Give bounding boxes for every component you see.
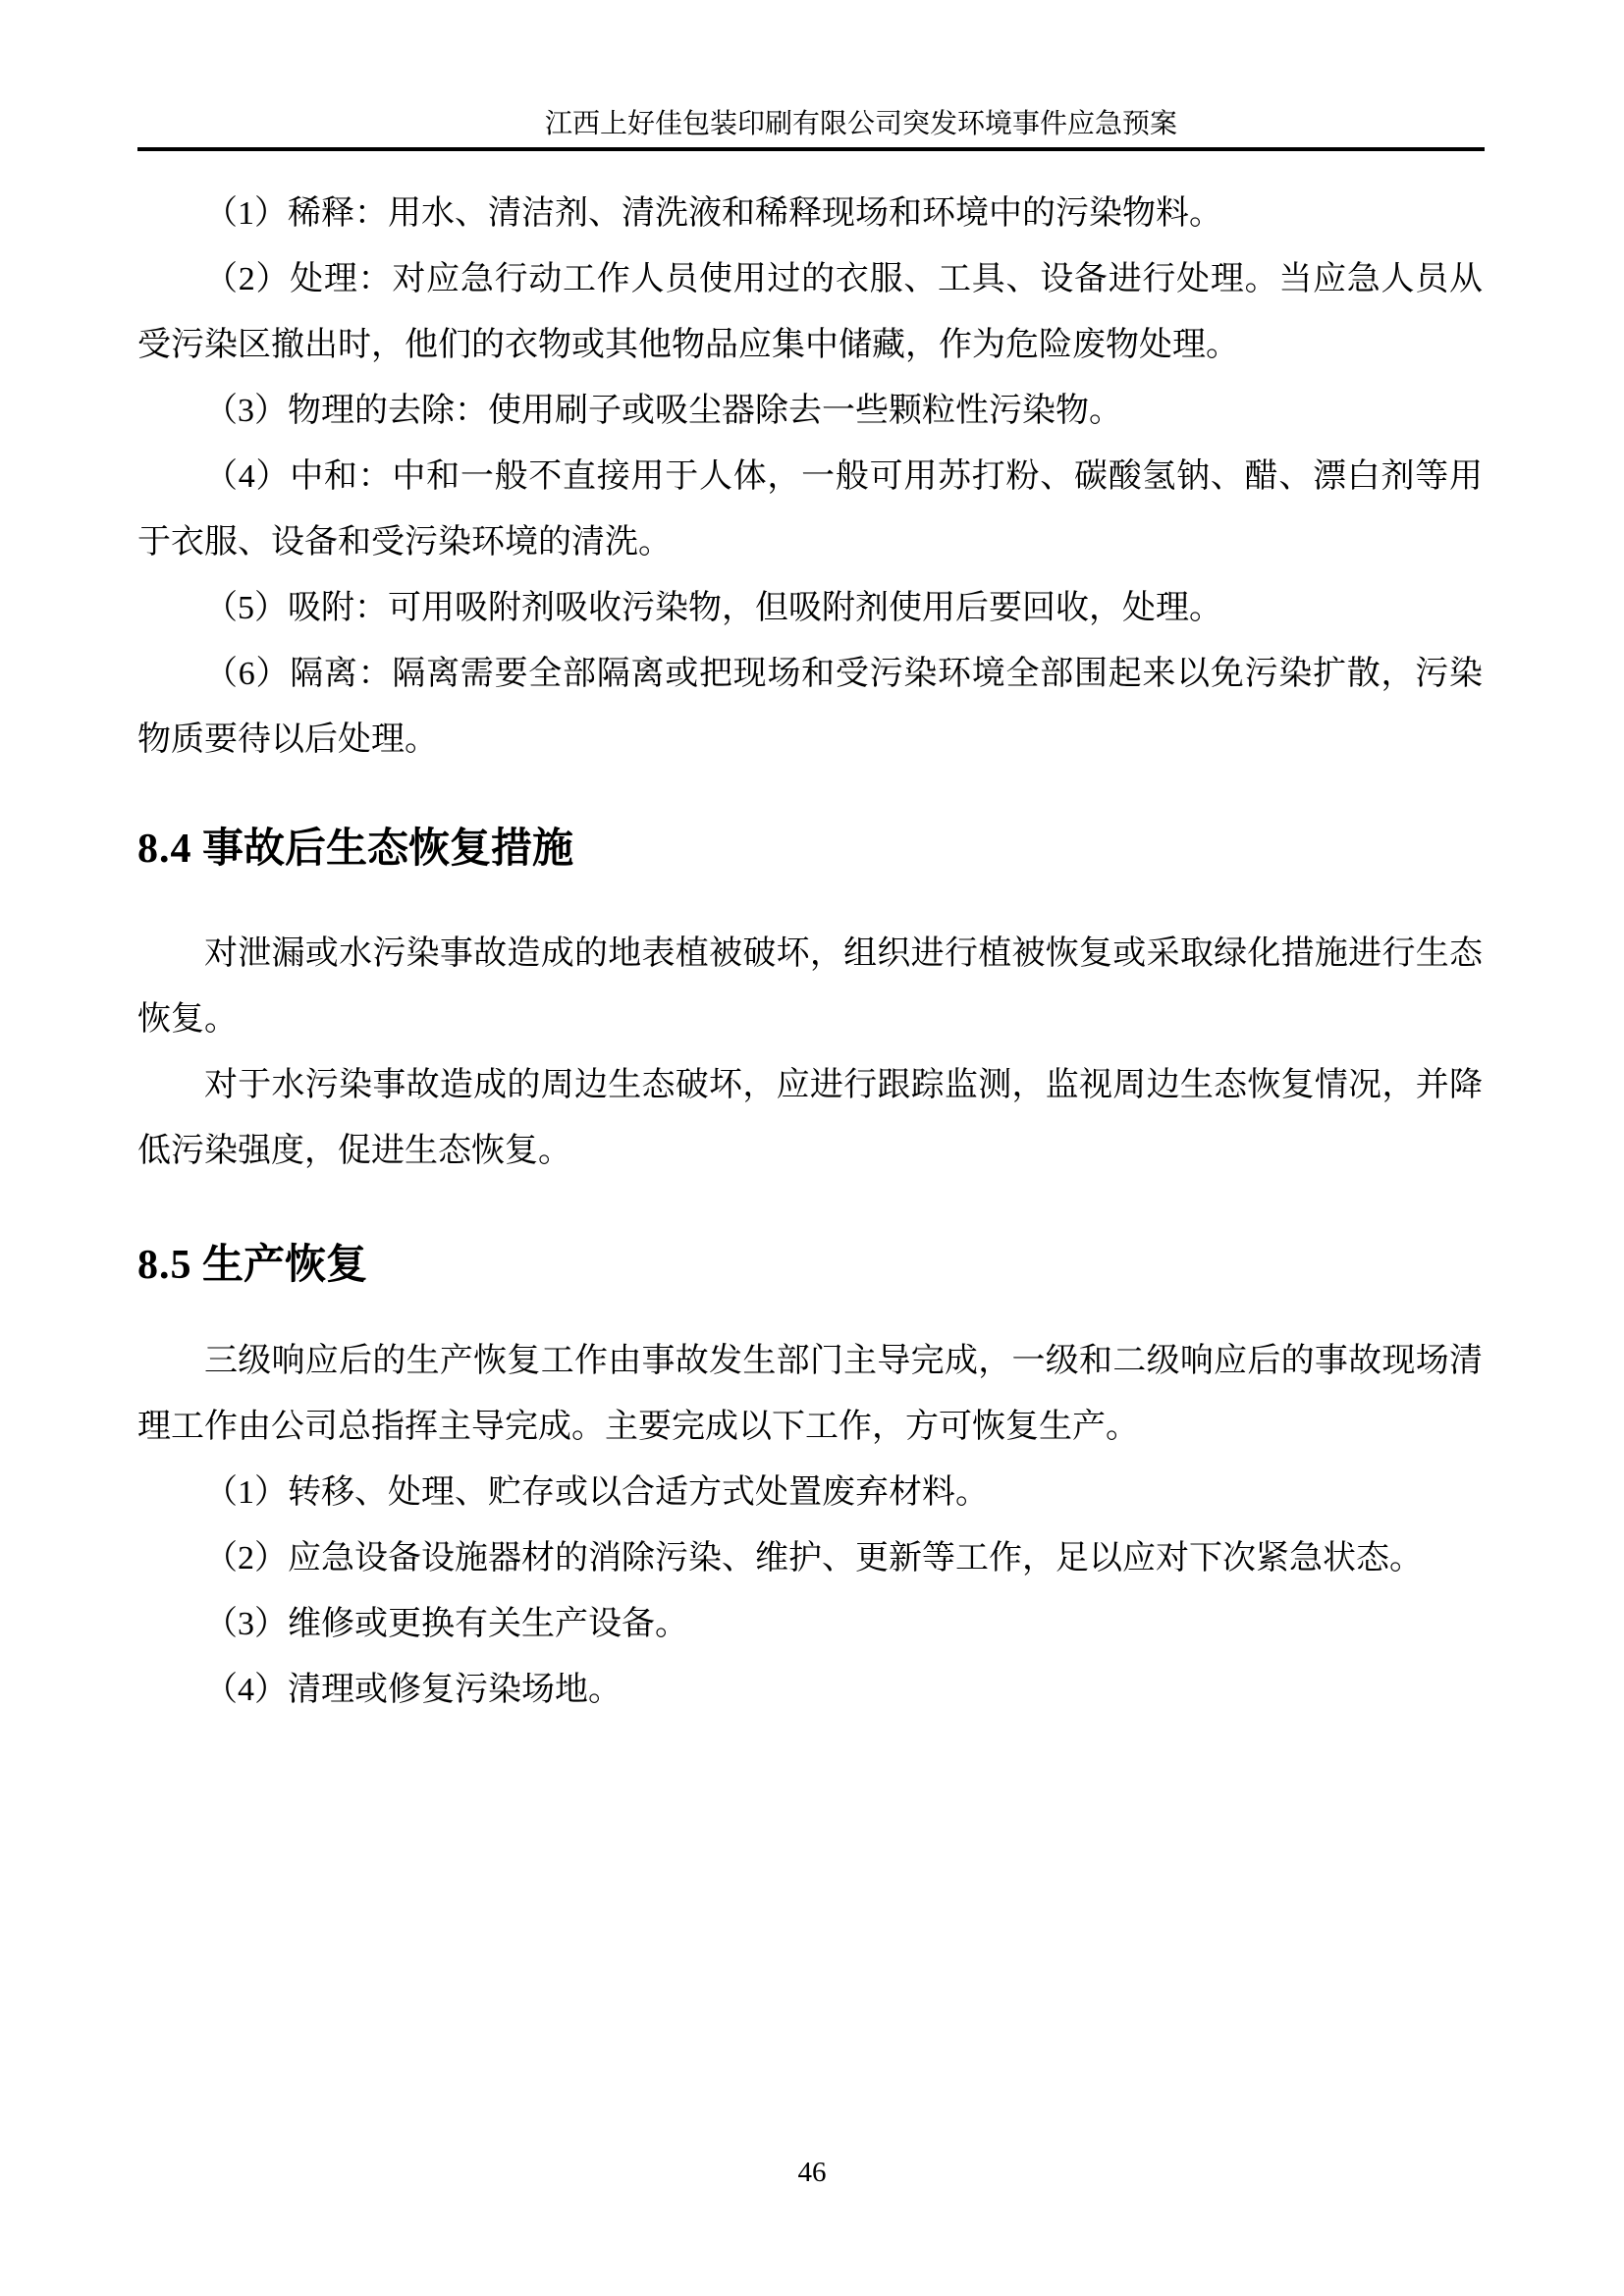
list-item-isolation: （6）隔离：隔离需要全部隔离或把现场和受污染环境全部围起来以免污染扩散，污染物质… [137, 641, 1483, 773]
page-number: 46 [0, 2156, 1624, 2189]
list-item-treatment: （2）处理：对应急行动工作人员使用过的衣服、工具、设备进行处理。当应急人员从受污… [137, 246, 1483, 378]
paragraph-eco-recovery-2: 对于水污染事故造成的周边生态破坏，应进行跟踪监测，监视周边生态恢复情况，并降低污… [137, 1052, 1483, 1184]
list-item-neutralization: （4）中和：中和一般不直接用于人体，一般可用苏打粉、碳酸氢钠、醋、漂白剂等用于衣… [137, 444, 1483, 575]
list-item-repair-equipment: （3）维修或更换有关生产设备。 [137, 1591, 1483, 1657]
document-body: （1）稀释：用水、清洁剂、清洗液和稀释现场和环境中的污染物料。 （2）处理：对应… [137, 181, 1483, 1723]
section-title-8-4: 事故后生态恢复措施 [202, 827, 573, 872]
list-item-site-cleanup: （4）清理或修复污染场地。 [137, 1657, 1483, 1723]
section-heading-8-5: 8.5 生产恢复 [137, 1238, 1483, 1293]
section-number-8-4: 8.4 [137, 827, 192, 872]
list-item-adsorption: （5）吸附：可用吸附剂吸收污染物，但吸附剂使用后要回收，处理。 [137, 575, 1483, 641]
page-header-title: 江西上好佳包装印刷有限公司突发环境事件应急预案 [0, 108, 1624, 141]
list-item-equipment-decontamination: （2）应急设备设施器材的消除污染、维护、更新等工作，足以应对下次紧急状态。 [137, 1525, 1483, 1591]
document-page: 江西上好佳包装印刷有限公司突发环境事件应急预案 （1）稀释：用水、清洁剂、清洗液… [0, 0, 1624, 2296]
list-item-physical-removal: （3）物理的去除：使用刷子或吸尘器除去一些颗粒性污染物。 [137, 378, 1483, 444]
list-item-waste-disposal: （1）转移、处理、贮存或以合适方式处置废弃材料。 [137, 1460, 1483, 1525]
section-number-8-5: 8.5 [137, 1243, 192, 1288]
paragraph-production-recovery: 三级响应后的生产恢复工作由事故发生部门主导完成，一级和二级响应后的事故现场清理工… [137, 1328, 1483, 1460]
list-item-dilution: （1）稀释：用水、清洁剂、清洗液和稀释现场和环境中的污染物料。 [137, 181, 1483, 246]
header-rule [137, 147, 1485, 151]
section-heading-8-4: 8.4 事故后生态恢复措施 [137, 822, 1483, 877]
paragraph-eco-recovery-1: 对泄漏或水污染事故造成的地表植被破坏，组织进行植被恢复或采取绿化措施进行生态恢复… [137, 921, 1483, 1052]
section-title-8-5: 生产恢复 [202, 1243, 367, 1288]
